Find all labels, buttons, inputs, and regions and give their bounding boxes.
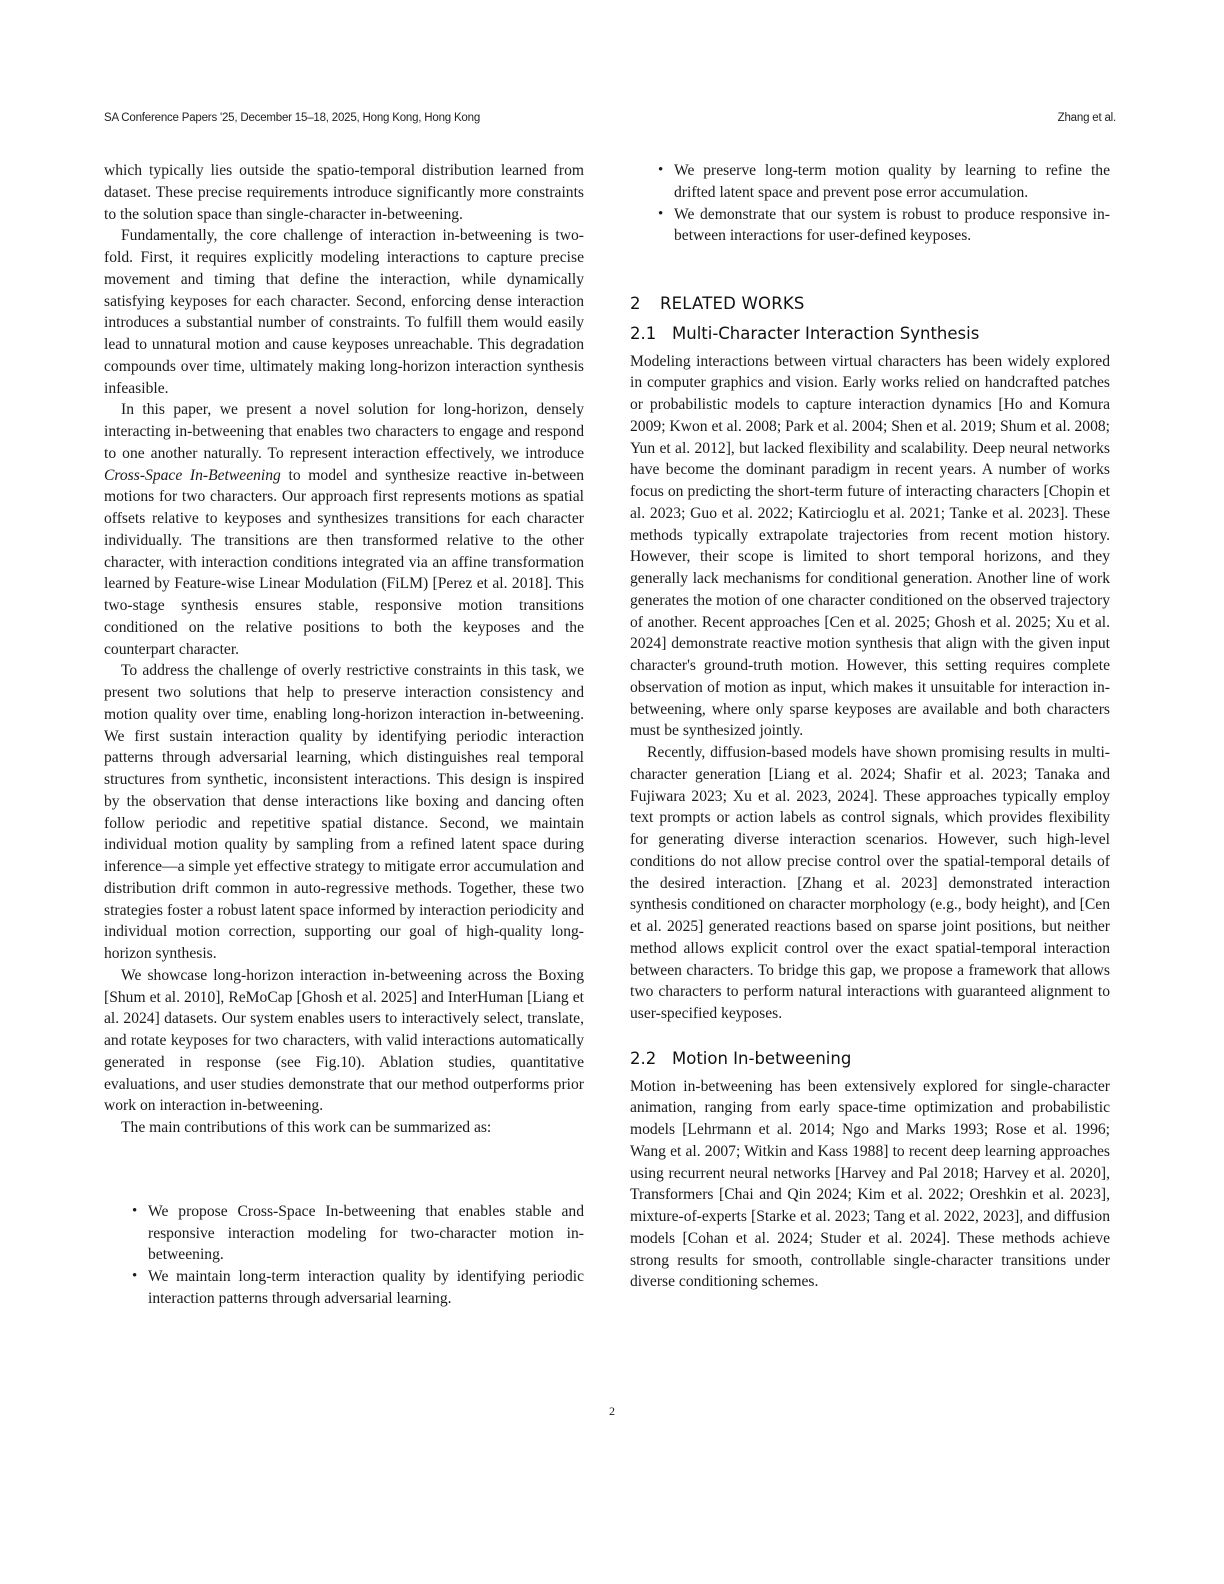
subsection-number: 2.2 — [630, 1048, 672, 1070]
text-span: to model and synthesize reactive in-betw… — [104, 467, 584, 658]
paragraph-related-1: Modeling interactions between virtual ch… — [630, 351, 1110, 743]
subsection-number: 2.1 — [630, 323, 672, 345]
venue-line: SA Conference Papers '25, December 15–18… — [104, 112, 480, 124]
running-header: SA Conference Papers '25, December 15–18… — [104, 112, 1116, 130]
paragraph-continuation: which typically lies outside the spatio-… — [104, 160, 584, 225]
right-column: We preserve long-term motion quality by … — [630, 160, 1110, 1293]
paragraph-showcase: We showcase long-horizon interaction in-… — [104, 965, 584, 1117]
paragraph-solutions: To address the challenge of overly restr… — [104, 660, 584, 965]
contribution-item: We preserve long-term motion quality by … — [674, 160, 1110, 204]
contribution-item: We demonstrate that our system is robust… — [674, 204, 1110, 248]
subsection-title: Motion In-betweening — [672, 1049, 851, 1068]
paragraph-related-2: Recently, diffusion-based models have sh… — [630, 742, 1110, 1025]
paragraph-challenge: Fundamentally, the core challenge of int… — [104, 225, 584, 399]
text-span: In this paper, we present a novel soluti… — [104, 401, 584, 462]
contribution-list: We propose Cross-Space In-betweening tha… — [104, 1201, 584, 1310]
subsection-heading-multi-character: 2.1Multi-Character Interaction Synthesis — [630, 323, 1110, 345]
spacer — [104, 1139, 584, 1201]
contribution-item: We propose Cross-Space In-betweening tha… — [148, 1201, 584, 1266]
contribution-list-continued: We preserve long-term motion quality by … — [630, 160, 1110, 247]
section-title: RELATED WORKS — [660, 294, 805, 313]
paragraph-approach: In this paper, we present a novel soluti… — [104, 399, 584, 660]
paragraph-contributions-intro: The main contributions of this work can … — [104, 1117, 584, 1139]
author-line: Zhang et al. — [1058, 112, 1116, 124]
left-column: which typically lies outside the spatio-… — [104, 160, 584, 1310]
subsection-heading-inbetweening: 2.2Motion In-betweening — [630, 1048, 1110, 1070]
contribution-item: We maintain long-term interaction qualit… — [148, 1266, 584, 1310]
page-number: 2 — [0, 1404, 1224, 1419]
subsection-title: Multi-Character Interaction Synthesis — [672, 324, 979, 343]
method-name-emphasis: Cross-Space In-Betweening — [104, 467, 281, 484]
section-heading-related-works: 2RELATED WORKS — [630, 293, 1110, 315]
paragraph-inbetweening: Motion in-betweening has been extensivel… — [630, 1076, 1110, 1294]
section-number: 2 — [630, 293, 660, 315]
